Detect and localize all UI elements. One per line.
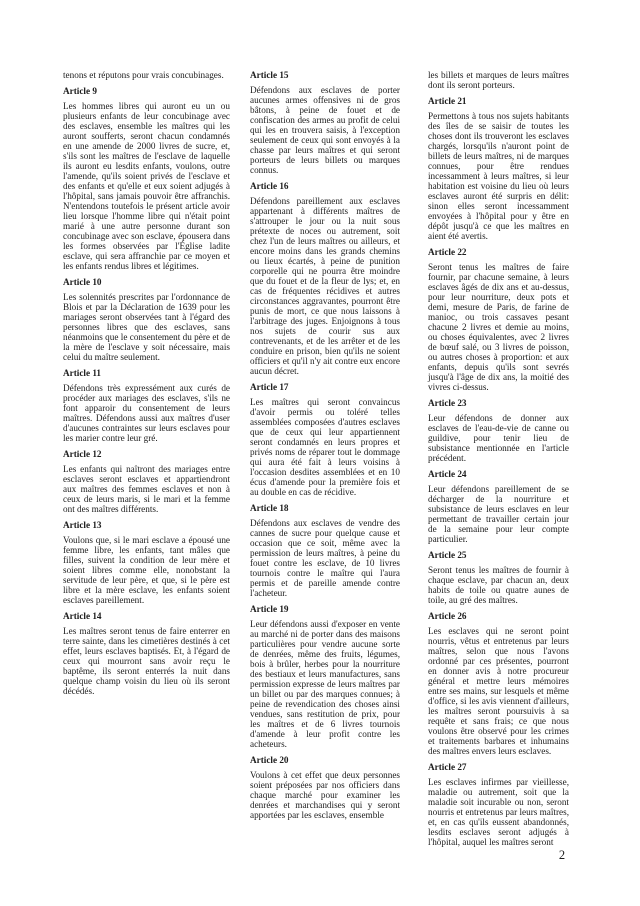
article-heading: Article 15 (250, 70, 400, 80)
article-heading: Article 17 (250, 382, 400, 392)
article-heading: Article 23 (428, 398, 569, 408)
article-heading: Article 20 (250, 755, 400, 765)
article-paragraph: Défendons aux esclaves de vendre des can… (250, 518, 400, 598)
article-paragraph: tenons et réputons pour vrais concubinag… (63, 70, 230, 80)
article-heading: Article 19 (250, 604, 400, 614)
article-heading: Article 9 (63, 86, 230, 96)
article-heading: Article 16 (250, 181, 400, 191)
article-heading: Article 21 (428, 96, 569, 106)
text-column-1: tenons et réputons pour vrais concubinag… (63, 70, 230, 701)
article-heading: Article 14 (63, 611, 230, 621)
article-heading: Article 13 (63, 520, 230, 530)
article-paragraph: Défendons pareillement aux esclaves appa… (250, 196, 400, 376)
article-paragraph: Les hommes libres qui auront eu un ou pl… (63, 101, 230, 271)
text-column-2: Article 15Défendons aux esclaves de port… (250, 70, 400, 825)
article-paragraph: Les esclaves qui ne seront point nourris… (428, 626, 569, 756)
article-paragraph: Seront tenus les maîtres de fournir à ch… (428, 565, 569, 605)
article-paragraph: Seront tenus les maîtres de faire fourni… (428, 262, 569, 392)
article-heading: Article 24 (428, 469, 569, 479)
article-paragraph: Les enfants qui naîtront des mariages en… (63, 464, 230, 514)
document-page: tenons et réputons pour vrais concubinag… (0, 0, 640, 906)
article-paragraph: Les esclaves infirmes par vieillesse, ma… (428, 777, 569, 847)
article-heading: Article 18 (250, 503, 400, 513)
article-paragraph: Défendons très expressément aux curés de… (63, 383, 230, 443)
text-columns: tenons et réputons pour vrais concubinag… (63, 70, 569, 852)
article-paragraph: Les solennités prescrites par l'ordonnan… (63, 292, 230, 362)
article-paragraph: les billets et marques de leurs maîtres … (428, 70, 569, 90)
article-heading: Article 26 (428, 611, 569, 621)
article-paragraph: Leur défendons aussi d'exposer en vente … (250, 619, 400, 749)
article-paragraph: Les maîtres qui seront convaincus d'avoi… (250, 397, 400, 497)
article-paragraph: Leur défendons pareillement de se déchar… (428, 484, 569, 544)
article-heading: Article 11 (63, 368, 230, 378)
article-paragraph: Les maîtres seront tenus de faire enterr… (63, 626, 230, 696)
article-paragraph: Permettons à tous nos sujets habitants d… (428, 111, 569, 241)
article-paragraph: Voulons que, si le mari esclave a épousé… (63, 535, 230, 605)
page-number: 2 (552, 848, 572, 863)
text-column-3: les billets et marques de leurs maîtres … (428, 70, 569, 852)
article-paragraph: Défendons aux esclaves de porter aucunes… (250, 85, 400, 175)
article-paragraph: Voulons à cet effet que deux personnes s… (250, 770, 400, 820)
article-heading: Article 12 (63, 449, 230, 459)
article-heading: Article 25 (428, 550, 569, 560)
article-paragraph: Leur défendons de donner aux esclaves de… (428, 413, 569, 463)
article-heading: Article 22 (428, 247, 569, 257)
article-heading: Article 10 (63, 277, 230, 287)
article-heading: Article 27 (428, 762, 569, 772)
